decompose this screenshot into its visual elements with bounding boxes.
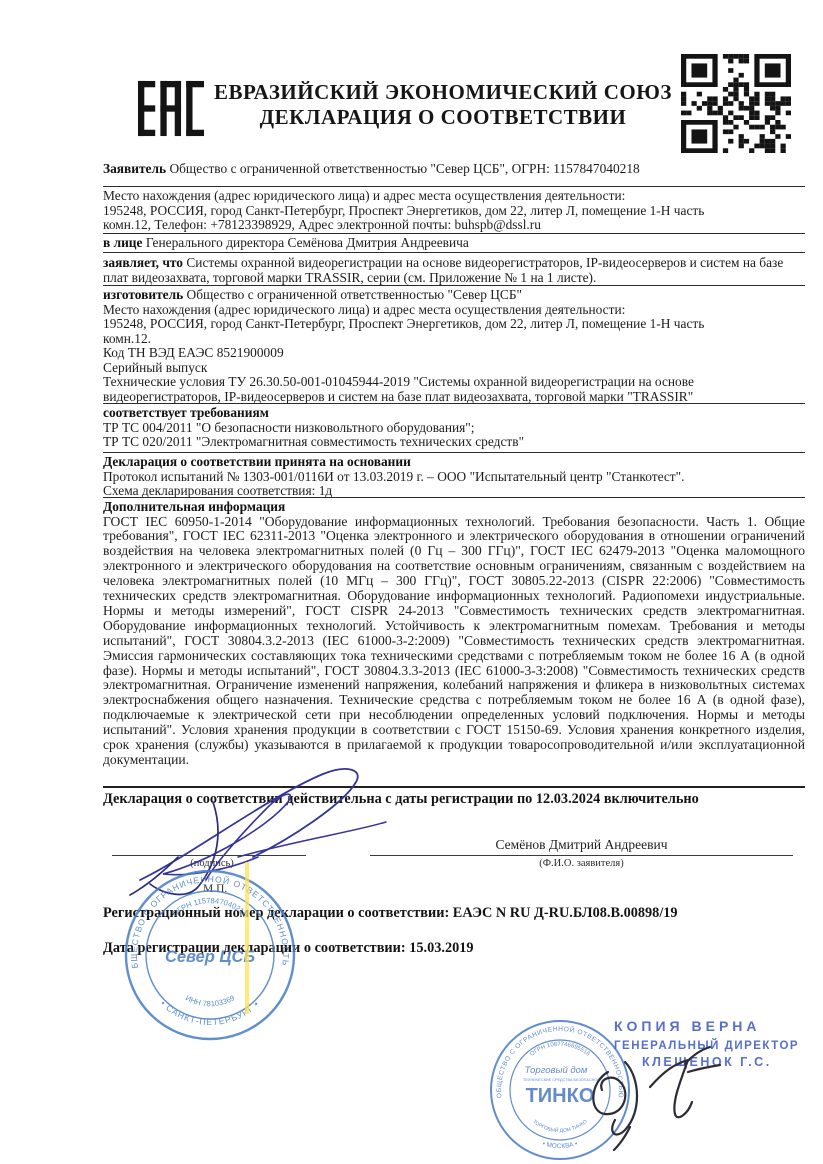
address-heading: Место нахождения (адрес юридического лиц… (103, 189, 805, 204)
represented-by-value: Генерального директора Семёнова Дмитрия … (146, 235, 469, 250)
qr-code-icon (681, 54, 791, 153)
applicant-round-stamp: ОБЩЕСТВО С ОГРАНИЧЕННОЙ ОТВЕТСТВЕННОСТЬЮ… (122, 867, 298, 1043)
applicant-label: Заявитель (103, 161, 166, 176)
basis-heading: Декларация о соответствии принята на осн… (103, 454, 411, 469)
document-title: ЕВРАЗИЙСКИЙ ЭКОНОМИЧЕСКИЙ СОЮЗ ДЕКЛАРАЦИ… (212, 80, 674, 130)
svg-text:• МОСКВА •: • МОСКВА • (542, 1140, 580, 1150)
tinko-round-stamp: ОБЩЕСТВО С ОГРАНИЧЕННОЙ ОТВЕТСТВЕННОСТЬЮ… (488, 1018, 632, 1162)
manufacturer-row: изготовитель Общество с ограниченной отв… (103, 288, 805, 404)
tech-conditions: Технические условия ТУ 26.30.50-001-0104… (103, 375, 805, 404)
declares-label: заявляет, что (103, 255, 183, 270)
tinko-logo-text: ТИНКО (526, 1085, 595, 1107)
represented-by-row: в лице Генерального директора Семёнова Д… (103, 236, 805, 251)
address-body: 195248, РОССИЯ, город Санкт-Петербург, П… (103, 204, 805, 233)
tinko-trade-house: Торговый дом (525, 1065, 588, 1076)
director-name-line: КЛЕЩЕНОК Г.С. (642, 1055, 822, 1069)
divider (103, 285, 805, 286)
manufacturer-address-body: 195248, РОССИЯ, город Санкт-Петербург, П… (103, 317, 805, 346)
compliance-row: соответствует требованиям ТР ТС 004/2011… (103, 406, 805, 450)
highlight-fold-mark (245, 862, 249, 1014)
declares-row: заявляет, что Системы охранной видеореги… (103, 256, 805, 285)
basis-protocol: Протокол испытаний № 1303-001/0116И от 1… (103, 470, 805, 485)
svg-text:ИНН 78103369: ИНН 78103369 (184, 993, 236, 1008)
stamp-inn-text: ИНН 78103369 (184, 993, 236, 1008)
divider (103, 452, 805, 453)
divider (103, 497, 805, 498)
applicant-fio: Семёнов Дмитрий Андреевич (370, 837, 793, 853)
declares-value: Системы охранной видеорегистрации на осн… (103, 255, 783, 285)
stamp-company-name: Север ЦСБ (165, 948, 255, 966)
compliance-item: ТР ТС 020/2011 "Электромагнитная совмест… (103, 435, 805, 450)
basis-row: Декларация о соответствии принята на осн… (103, 455, 805, 499)
director-title-line: ГЕНЕРАЛЬНЫЙ ДИРЕКТОР (614, 1040, 822, 1052)
title-union-line: ЕВРАЗИЙСКИЙ ЭКОНОМИЧЕСКИЙ СОЮЗ (212, 80, 674, 105)
registration-date-value: 15.03.2019 (409, 940, 473, 956)
eac-logo-icon (138, 77, 204, 140)
additional-info-row: Дополнительная информация ГОСТ IEC 60950… (103, 500, 805, 768)
declaration-document: ЕВРАЗИЙСКИЙ ЭКОНОМИЧЕСКИЙ СОЮЗ ДЕКЛАРАЦИ… (0, 0, 823, 1164)
tn-ved-code: Код ТН ВЭД ЕАЭС 8521900009 (103, 346, 805, 361)
divider (103, 252, 805, 253)
tinko-bottom-text: ТОРГОВЫЙ ДОМ ТИНКО (531, 1119, 588, 1134)
title-declaration-line: ДЕКЛАРАЦИЯ О СООТВЕТСТВИИ (212, 105, 674, 130)
stamp-ogrn-text: ОГРН 1157847040218 (170, 896, 249, 918)
registration-number-value: ЕАЭС N RU Д-RU.БЛ08.В.00898/19 (453, 905, 678, 921)
copy-verna-stamp: КОПИЯ ВЕРНА ГЕНЕРАЛЬНЫЙ ДИРЕКТОР КЛЕЩЕНО… (614, 1018, 822, 1069)
additional-info-text: ГОСТ IEC 60950-1-2014 "Оборудование инфо… (103, 515, 805, 768)
applicant-row: Заявитель Общество с ограниченной ответс… (103, 162, 805, 177)
copy-verna-line: КОПИЯ ВЕРНА (614, 1018, 822, 1034)
applicant-address-row: Место нахождения (адрес юридического лиц… (103, 189, 805, 233)
additional-info-heading: Дополнительная информация (103, 499, 285, 514)
manufacturer-value: Общество с ограниченной ответственностью… (187, 287, 522, 302)
svg-text:ТОРГОВЫЙ ДОМ ТИНКО: ТОРГОВЫЙ ДОМ ТИНКО (531, 1119, 588, 1134)
tinko-city-text: • МОСКВА • (542, 1140, 580, 1150)
signature-line (112, 855, 306, 856)
divider (103, 786, 805, 788)
compliance-item: ТР ТС 004/2011 "О безопасности низковоль… (103, 421, 805, 436)
issue-type: Серийный выпуск (103, 361, 805, 376)
fio-line (370, 855, 793, 856)
applicant-value: Общество с ограниченной ответственностью… (169, 161, 639, 176)
divider (103, 403, 805, 404)
svg-text:ОГРН 1157847040218: ОГРН 1157847040218 (170, 896, 249, 918)
compliance-heading: соответствует требованиям (103, 405, 269, 420)
tinko-sub-text: ТЕХНИЧЕСКИЕ СРЕДСТВА БЕЗОПАСНОСТИ (523, 1078, 605, 1082)
divider (103, 186, 805, 187)
validity-statement: Декларация о соответствии действительна … (103, 791, 813, 808)
manufacturer-label: изготовитель (103, 287, 183, 302)
represented-by-label: в лице (103, 235, 142, 250)
fio-caption: (Ф.И.О. заявителя) (370, 858, 793, 869)
divider (103, 233, 805, 234)
manufacturer-address-heading: Место нахождения (адрес юридического лиц… (103, 303, 805, 318)
